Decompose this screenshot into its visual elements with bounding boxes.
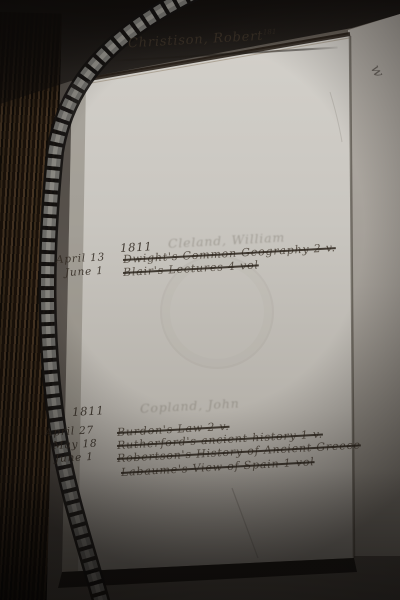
entry-date: May 18	[53, 438, 98, 452]
section2-year: 1811	[72, 403, 105, 419]
ledger-photo: Christison, Robert181 w 1811 Cleland, Wi…	[0, 0, 400, 600]
entry-date: June 1	[65, 265, 104, 279]
facing-page	[348, 14, 400, 556]
header-page-number: 181	[263, 28, 277, 37]
entry-date: June 1	[55, 451, 94, 465]
